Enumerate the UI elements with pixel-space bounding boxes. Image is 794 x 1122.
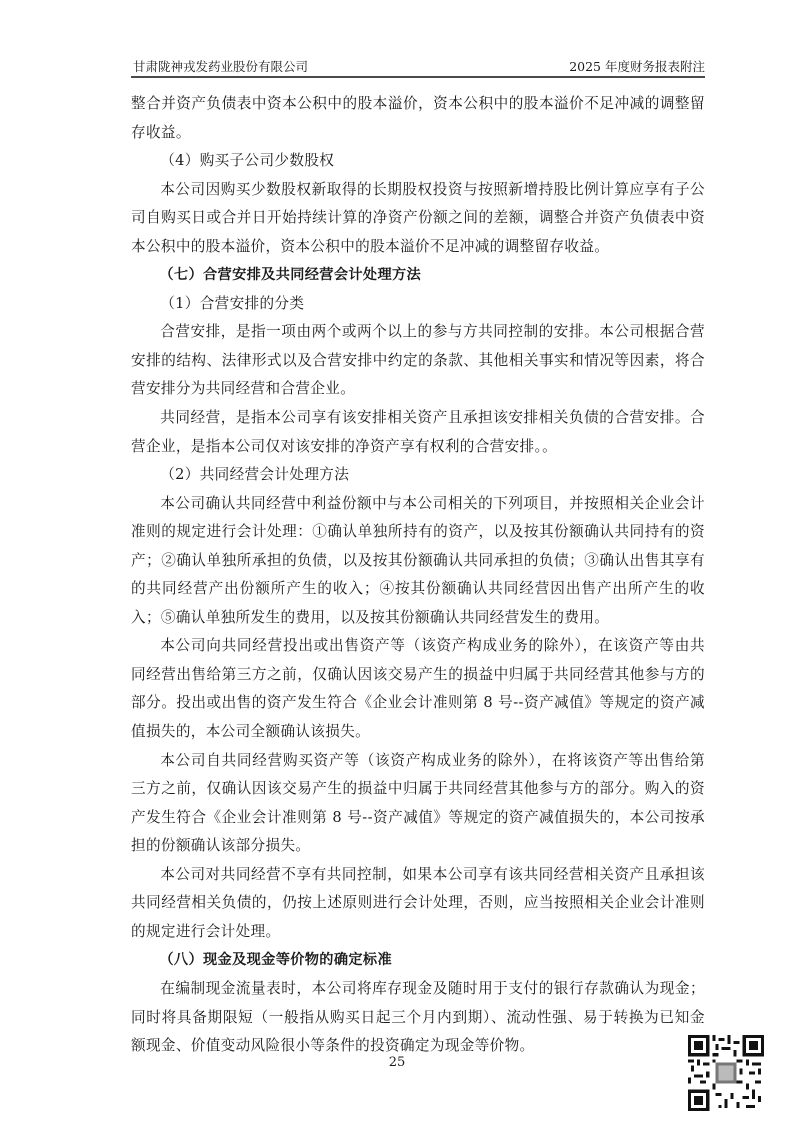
qr-code-icon — [688, 1035, 764, 1111]
header-report-title: 2025 年度财务报表附注 — [569, 57, 705, 75]
paragraph-no-joint-control: 本公司对共同经营不享有共同控制，如果本公司享有该共同经营相关资产且承担该共同经营… — [131, 861, 705, 947]
page-number: 25 — [0, 1055, 794, 1070]
section-heading-joint-arrangements: （七）合营安排及共同经营会计处理方法 — [131, 261, 705, 290]
document-body: 整合并资产负债表中资本公积中的股本溢价，资本公积中的股本溢价不足冲减的调整留存收… — [131, 90, 705, 1061]
subheading-joint-operation-accounting: （2）共同经营会计处理方法 — [131, 461, 705, 490]
header-company-name: 甘肃陇神戎发药业股份有限公司 — [133, 57, 308, 75]
section-heading-cash-equivalents: （八）现金及现金等价物的确定标准 — [131, 946, 705, 975]
paragraph-joint-operation-items: 本公司确认共同经营中利益份额中与本公司相关的下列项目，并按照相关企业会计准则的规… — [131, 490, 705, 633]
paragraph-joint-operation-definition: 共同经营，是指本公司享有该安排相关资产且承担该安排相关负债的合营安排。合营企业，… — [131, 404, 705, 461]
paragraph-assets-purchased: 本公司自共同经营购买资产等（该资产构成业务的除外），在将该资产等出售给第三方之前… — [131, 747, 705, 861]
paragraph-minority-equity: 本公司因购买少数股权新取得的长期股权投资与按照新增持股比例计算应享有子公司自购买… — [131, 176, 705, 262]
paragraph-continuation: 整合并资产负债表中资本公积中的股本溢价，资本公积中的股本溢价不足冲减的调整留存收… — [131, 90, 705, 147]
paragraph-assets-contributed: 本公司向共同经营投出或出售资产等（该资产构成业务的除外），在该资产等由共同经营出… — [131, 632, 705, 746]
page-header: 甘肃陇神戎发药业股份有限公司 2025 年度财务报表附注 — [131, 56, 705, 78]
paragraph-cash-equivalents: 在编制现金流量表时，本公司将库存现金及随时用于支付的银行存款确认为现金；同时将具… — [131, 975, 705, 1061]
subheading-arrangement-classification: （1）合营安排的分类 — [131, 290, 705, 319]
subheading-minority-equity: （4）购买子公司少数股权 — [131, 147, 705, 176]
paragraph-joint-arrangement-definition: 合营安排，是指一项由两个或两个以上的参与方共同控制的安排。本公司根据合营安排的结… — [131, 318, 705, 404]
